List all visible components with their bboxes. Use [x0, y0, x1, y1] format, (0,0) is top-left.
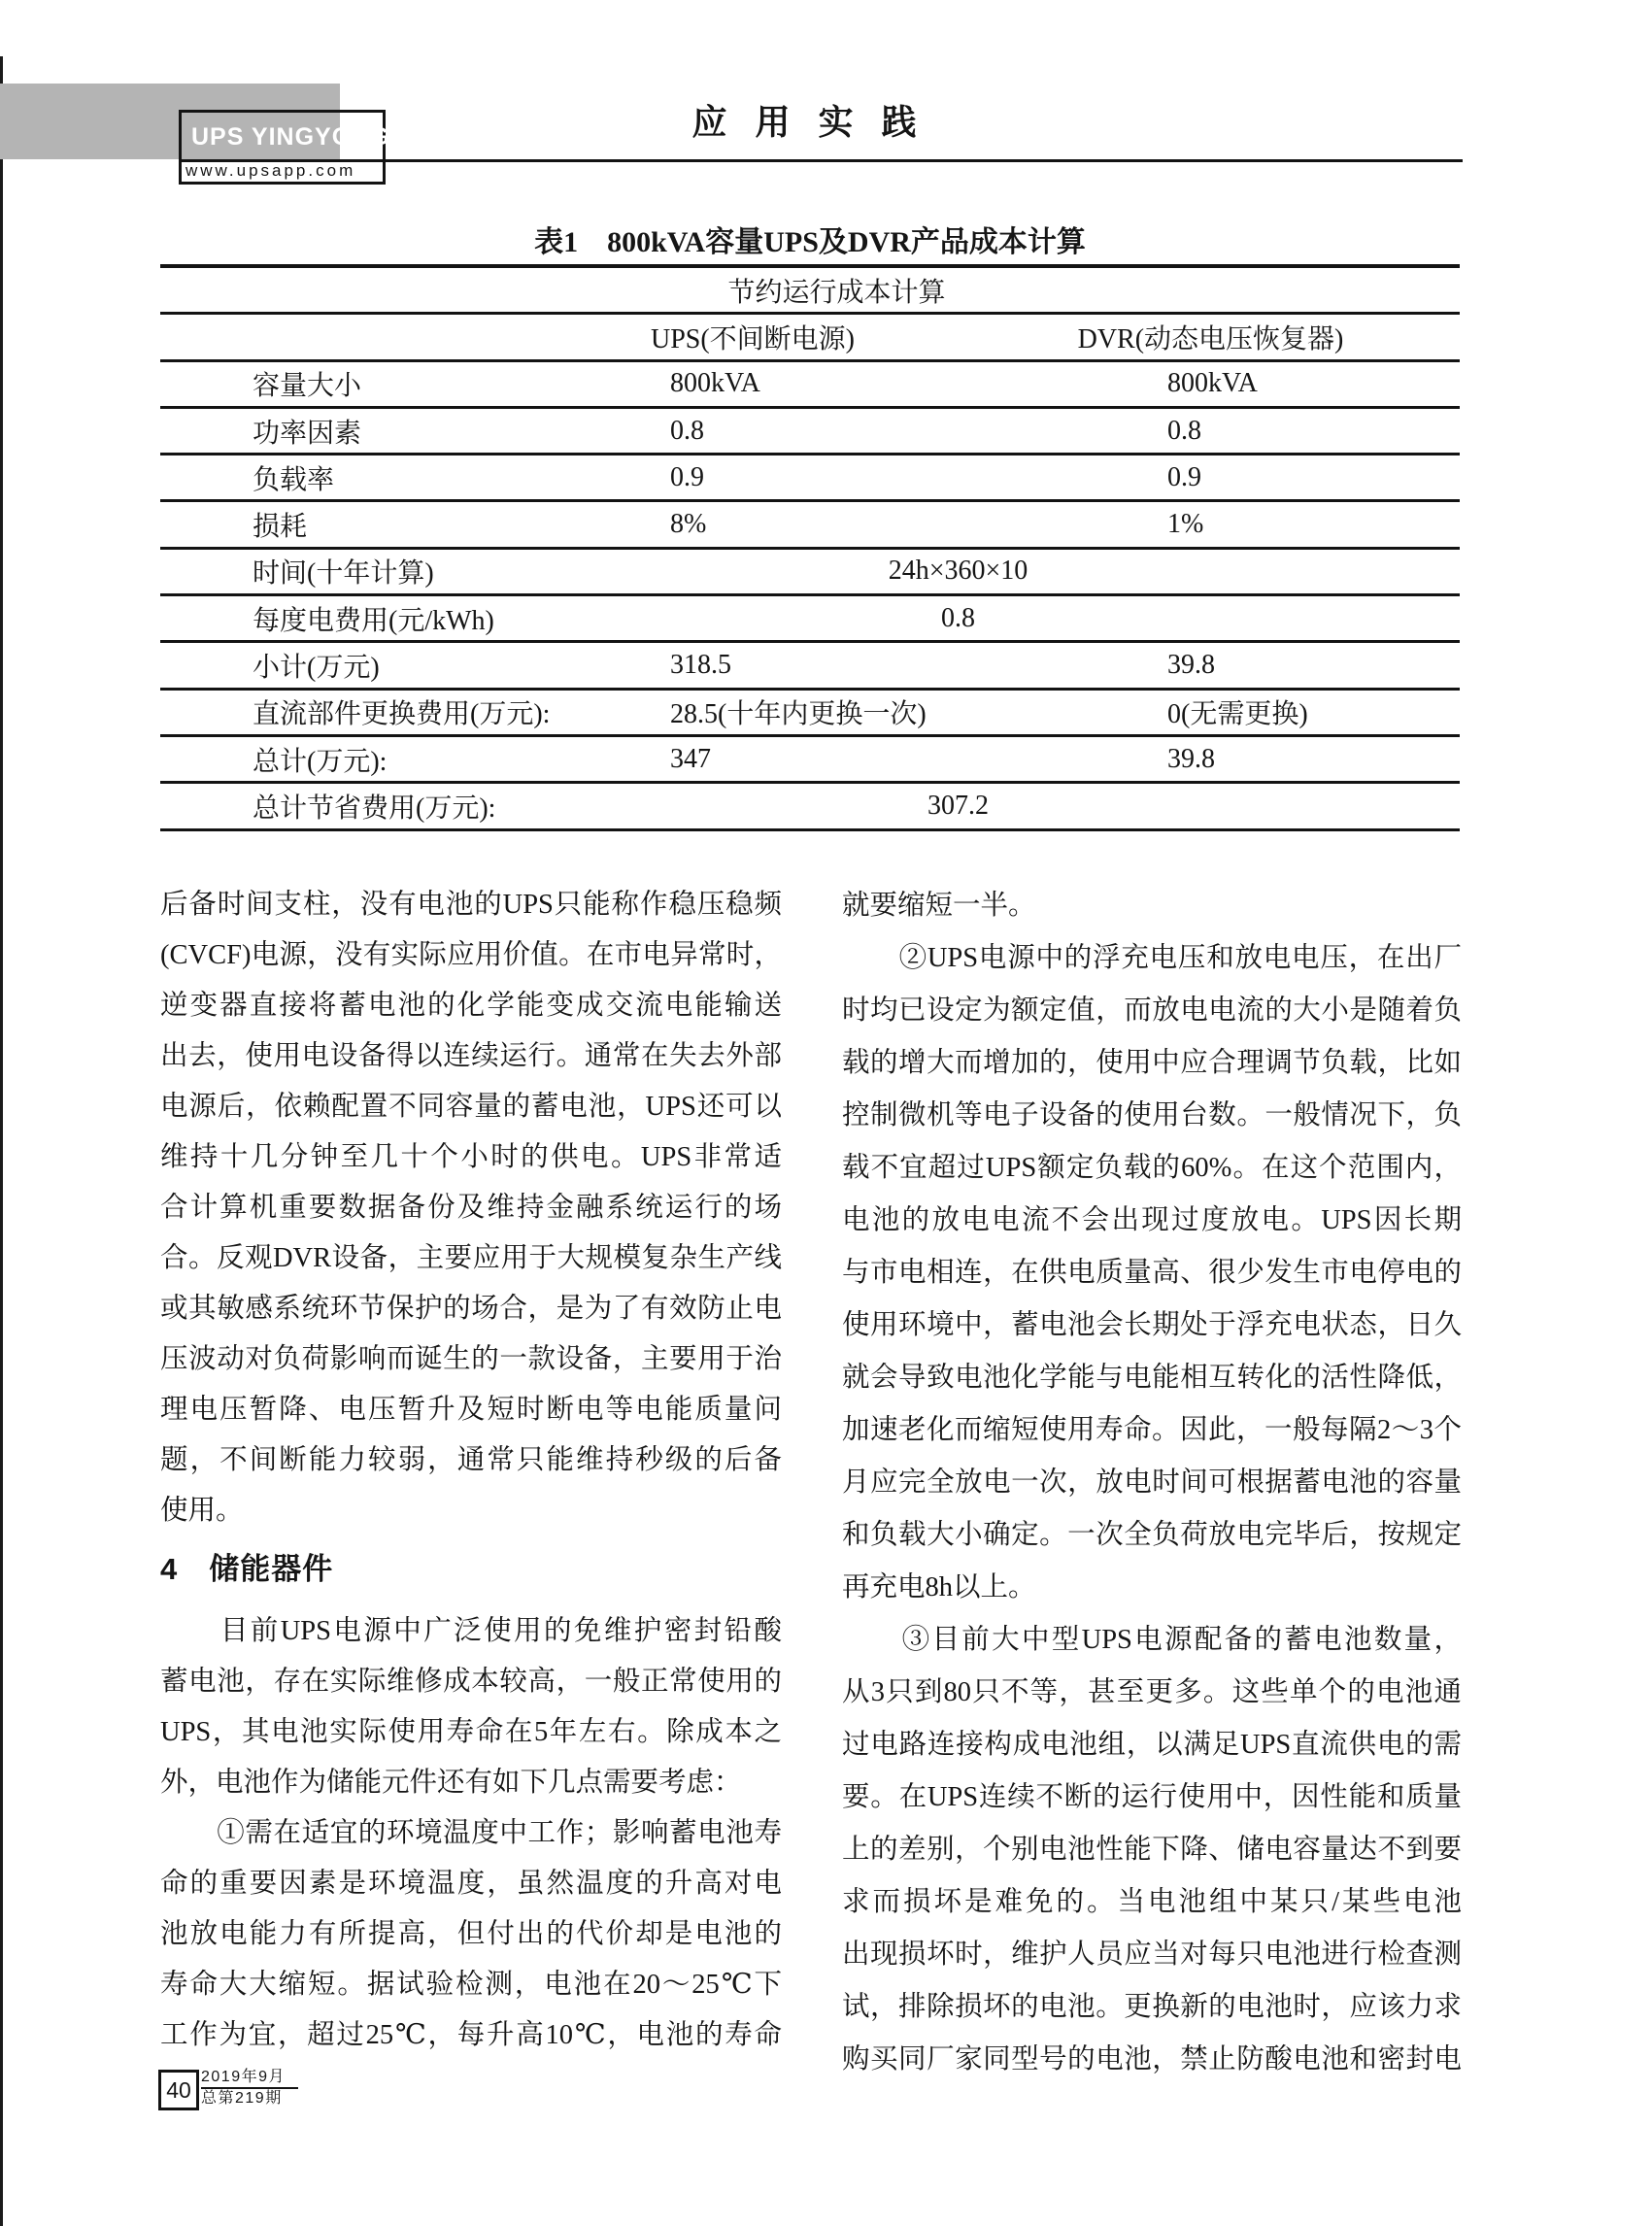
body-line: 工作为宜，超过25℃，每升高10℃，电池的寿命	[160, 2010, 782, 2061]
cell-empty	[160, 315, 544, 358]
body-line: 求而损坏是难免的。当电池组中某只/某些电池	[842, 1876, 1462, 1929]
table-row: 损耗 8% 1%	[160, 502, 1460, 549]
cell-dvr: 0(无需更换)	[961, 691, 1460, 734]
body-line: 压波动对负荷影响而诞生的一款设备，主要用于治	[160, 1334, 782, 1385]
body-line: 从3只到80只不等，甚至更多。这些单个的电池通	[842, 1667, 1462, 1719]
body-line: 目前UPS电源中广泛使用的免维护密封铅酸	[160, 1606, 782, 1657]
page-number-box: 40	[158, 2070, 199, 2110]
cell-label: 时间(十年计算)	[160, 550, 544, 593]
cell-span-value: 24h×360×10	[544, 550, 1460, 593]
cell-dvr: 39.8	[961, 737, 1460, 781]
table-row: 负载率 0.9 0.9	[160, 455, 1460, 502]
cell-label: 每度电费用(元/kWh)	[160, 596, 544, 640]
body-line: 要。在UPS连续不断的运行使用中，因性能和质量	[842, 1771, 1462, 1824]
body-line: 试，排除损坏的电池。更换新的电池时，应该力求	[842, 1981, 1462, 2034]
issue-number: 总第219期	[201, 2089, 298, 2108]
cell-ups-header: UPS(不间断电源)	[544, 315, 961, 358]
body-line: 就要缩短一半。	[842, 880, 1462, 932]
cell-ups: 0.8	[544, 409, 961, 453]
cell-ups: 347	[544, 737, 961, 781]
body-line: 控制微机等电子设备的使用台数。一般情况下，负	[842, 1090, 1462, 1142]
body-line: 维持十几分钟至几十个小时的供电。UPS非常适	[160, 1132, 782, 1183]
body-line: ②UPS电源中的浮充电压和放电电压，在出厂	[842, 932, 1462, 985]
body-line: 载不宜超过UPS额定负载的60%。在这个范围内，	[842, 1142, 1462, 1195]
body-line: 使用环境中，蓄电池会长期处于浮充电状态，日久	[842, 1299, 1462, 1352]
issue-date: 2019年9月	[201, 2068, 298, 2089]
body-line: 时均已设定为额定值，而放电电流的大小是随着负	[842, 985, 1462, 1037]
body-line: 电池的放电电流不会出现过度放电。UPS因长期	[842, 1195, 1462, 1247]
body-line: 池放电能力有所提高，但付出的代价却是电池的	[160, 1909, 782, 1960]
cell-label: 损耗	[160, 502, 544, 546]
body-line: ①需在适宜的环境温度中工作；影响蓄电池寿	[160, 1808, 782, 1859]
body-line: 外，电池作为储能元件还有如下几点需要考虑：	[160, 1758, 782, 1808]
body-line: 逆变器直接将蓄电池的化学能变成交流电能输送	[160, 981, 782, 1031]
magazine-website: www.upsapp.com	[185, 162, 389, 180]
table-row: 功率因素 0.8 0.8	[160, 409, 1460, 455]
body-line: 合。反观DVR设备，主要应用于大规模复杂生产线	[160, 1233, 782, 1284]
section-banner-title: 应 用 实 践	[566, 95, 1052, 145]
table-row-span: 每度电费用(元/kWh) 0.8	[160, 596, 1460, 643]
body-line: 加速老化而缩短使用寿命。因此，一般每隔2～3个	[842, 1404, 1462, 1457]
scan-edge-line	[0, 56, 3, 2226]
cell-ups: 800kVA	[544, 362, 961, 406]
cell-label: 总计节省费用(万元):	[160, 784, 544, 827]
cell-span-value: 307.2	[544, 784, 1460, 827]
body-line: 命的重要因素是环境温度，虽然温度的升高对电	[160, 1859, 782, 1909]
cell-ups: 8%	[544, 502, 961, 546]
body-line: ③目前大中型UPS电源配备的蓄电池数量，	[842, 1614, 1462, 1667]
cell-label: 功率因素	[160, 409, 544, 453]
page-number: 40	[166, 2077, 191, 2104]
magazine-logo-title: UPS YINGYONG	[191, 116, 386, 158]
cell-section-header: 节约运行成本计算	[160, 268, 1460, 312]
body-column-right: 就要缩短一半。 ②UPS电源中的浮充电压和放电电压，在出厂 时均已设定为额定值，…	[842, 880, 1462, 2086]
body-line: 就会导致电池化学能与电能相互转化的活性降低，	[842, 1352, 1462, 1404]
cell-dvr: 1%	[961, 502, 1460, 546]
table-row-span: 时间(十年计算) 24h×360×10	[160, 550, 1460, 596]
cell-span-value: 0.8	[544, 596, 1460, 640]
cell-label: 容量大小	[160, 362, 544, 406]
body-line: (CVCF)电源，没有实际应用价值。在市电异常时，	[160, 930, 782, 981]
cell-label: 总计(万元):	[160, 737, 544, 781]
body-line: 后备时间支柱，没有电池的UPS只能称作稳压稳频	[160, 880, 782, 930]
body-line: 寿命大大缩短。据试验检测，电池在20～25℃下	[160, 1960, 782, 2010]
cell-dvr: 800kVA	[961, 362, 1460, 406]
body-line: 电源后，依赖配置不同容量的蓄电池，UPS还可以	[160, 1082, 782, 1132]
issue-info: 2019年9月 总第219期	[201, 2068, 298, 2108]
body-line: 和负载大小确定。一次全负荷放电完毕后，按规定	[842, 1509, 1462, 1562]
cell-label: 负载率	[160, 455, 544, 499]
body-line: 出去，使用电设备得以连续运行。通常在失去外部	[160, 1031, 782, 1082]
body-line: 上的差别，个别电池性能下降、储电容量达不到要	[842, 1824, 1462, 1876]
cell-ups: 0.9	[544, 455, 961, 499]
cell-dvr: 0.9	[961, 455, 1460, 499]
cell-label: 直流部件更换费用(万元):	[160, 691, 544, 734]
cell-ups: 318.5	[544, 643, 961, 687]
cell-label: 小计(万元)	[160, 643, 544, 687]
body-line: UPS，其电池实际使用寿命在5年左右。除成本之	[160, 1707, 782, 1758]
body-line: 再充电8h以上。	[842, 1562, 1462, 1614]
section-heading: 4 储能器件	[160, 1544, 782, 1595]
body-line: 购买同厂家同型号的电池，禁止防酸电池和密封电	[842, 2034, 1462, 2086]
body-line: 题，不间断能力较弱，通常只能维持秒级的后备	[160, 1435, 782, 1486]
table-row: 总计(万元): 347 39.8	[160, 737, 1460, 784]
table-row-span: 总计节省费用(万元): 307.2	[160, 784, 1460, 830]
body-line: 与市电相连，在供电质量高、很少发生市电停电的	[842, 1247, 1462, 1299]
cell-ups: 28.5(十年内更换一次)	[544, 691, 961, 734]
journal-page: UPS YINGYONG www.upsapp.com 应 用 实 践 表1 8…	[0, 0, 1652, 2226]
body-line: 过电路连接构成电池组，以满足UPS直流供电的需	[842, 1719, 1462, 1771]
table-row: 直流部件更换费用(万元): 28.5(十年内更换一次) 0(无需更换)	[160, 691, 1460, 737]
table-row: 容量大小 800kVA 800kVA	[160, 362, 1460, 409]
body-line: 使用。	[160, 1486, 782, 1536]
body-line: 蓄电池，存在实际维修成本较高，一般正常使用的	[160, 1657, 782, 1707]
table-caption: 表1 800kVA容量UPS及DVR产品成本计算	[160, 218, 1460, 260]
body-column-left: 后备时间支柱，没有电池的UPS只能称作稳压稳频 (CVCF)电源，没有实际应用价…	[160, 880, 782, 2061]
body-line: 理电压暂降、电压暂升及短时断电等电能质量问	[160, 1385, 782, 1435]
table-row-section-header: 节约运行成本计算	[160, 268, 1460, 315]
cost-table: 节约运行成本计算 UPS(不间断电源) DVR(动态电压恢复器) 容量大小 80…	[160, 264, 1460, 831]
cell-dvr-header: DVR(动态电压恢复器)	[961, 315, 1460, 358]
body-line: 或其敏感系统环节保护的场合，是为了有效防止电	[160, 1284, 782, 1334]
table-row-column-headers: UPS(不间断电源) DVR(动态电压恢复器)	[160, 315, 1460, 361]
body-line: 载的增大而增加的，使用中应合理调节负载，比如	[842, 1037, 1462, 1090]
body-line: 出现损坏时，维护人员应当对每只电池进行检查测	[842, 1929, 1462, 1981]
cell-dvr: 0.8	[961, 409, 1460, 453]
table-row: 小计(万元) 318.5 39.8	[160, 643, 1460, 690]
cell-dvr: 39.8	[961, 643, 1460, 687]
body-line: 合计算机重要数据备份及维持金融系统运行的场	[160, 1183, 782, 1233]
body-line: 月应完全放电一次，放电时间可根据蓄电池的容量	[842, 1457, 1462, 1509]
